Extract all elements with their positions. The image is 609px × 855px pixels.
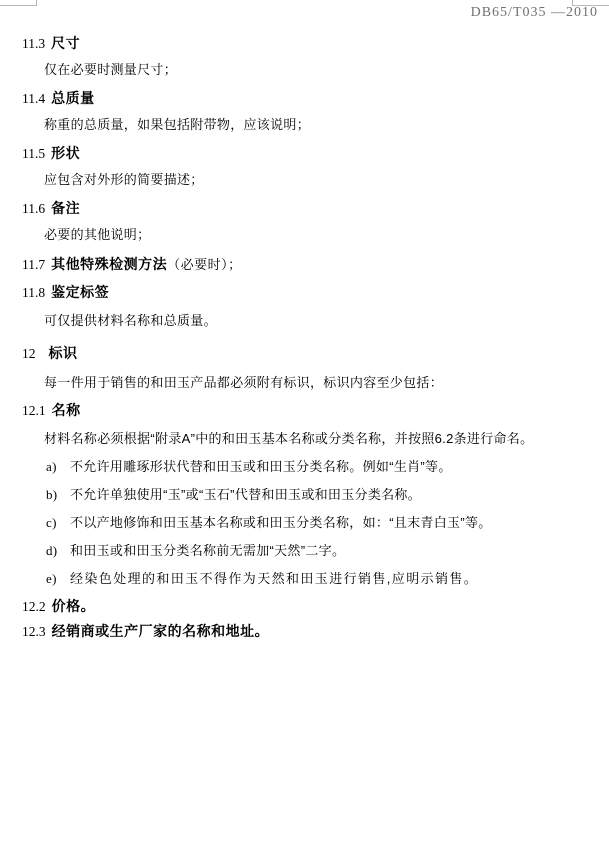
- heading-title: 总质量: [51, 90, 95, 106]
- document-page: DB65/T035 —2010 11.3尺寸 仅在必要时测量尺寸； 11.4总质…: [0, 0, 609, 855]
- heading-12: 12标识: [22, 346, 78, 361]
- heading-title: 形状: [51, 145, 80, 161]
- list-item-a: a)不允许用雕琢形状代替和田玉或和田玉分类名称。例如“生肖”等。: [46, 459, 452, 474]
- heading-title: 其他特殊检测方法: [51, 256, 167, 272]
- heading-11-5: 11.5形状: [22, 146, 80, 161]
- body-paragraph: 可仅提供材料名称和总质量。: [44, 313, 217, 328]
- heading-number: 11.5: [22, 146, 45, 161]
- heading-number: 12: [22, 346, 36, 361]
- standard-number-header: DB65/T035 —2010: [471, 5, 598, 21]
- heading-12-1: 12.1名称: [22, 403, 81, 418]
- list-marker: b): [46, 487, 70, 502]
- heading-title: 尺寸: [51, 35, 80, 51]
- body-paragraph: 每一件用于销售的和田玉产品都必须附有标识，标识内容至少包括：: [44, 375, 443, 390]
- heading-number: 11.8: [22, 285, 45, 300]
- heading-12-3: 12.3经销商或生产厂家的名称和地址。: [22, 624, 269, 639]
- heading-12-2: 12.2价格。: [22, 599, 95, 614]
- heading-number: 12.1: [22, 403, 46, 418]
- heading-number: 11.7: [22, 257, 45, 272]
- body-paragraph: 必要的其他说明；: [44, 227, 150, 242]
- heading-title: 标识: [49, 345, 78, 361]
- heading-title: 鉴定标签: [51, 284, 109, 300]
- heading-number: 11.3: [22, 36, 45, 51]
- list-item-d: d)和田玉或和田玉分类名称前无需加“天然”二字。: [46, 543, 345, 558]
- heading-number: 12.3: [22, 624, 46, 639]
- scan-corner-mark-left: [0, 0, 37, 6]
- list-item-b: b)不允许单独使用“玉”或“玉石”代替和田玉或和田玉分类名称。: [46, 487, 421, 502]
- list-text: 和田玉或和田玉分类名称前无需加“天然”二字。: [70, 543, 345, 558]
- heading-11-6: 11.6备注: [22, 201, 80, 216]
- heading-title: 经销商或生产厂家的名称和地址。: [52, 623, 270, 639]
- list-text: 经染色处理的和田玉不得作为天然和田玉进行销售,应明示销售。: [70, 571, 478, 586]
- heading-11-4: 11.4总质量: [22, 91, 95, 106]
- list-text: 不以产地修饰和田玉基本名称或和田玉分类名称，如：“且末青白玉”等。: [70, 515, 492, 530]
- heading-title: 名称: [52, 402, 81, 418]
- heading-11-7: 11.7其他特殊检测方法（必要时）；: [22, 257, 242, 272]
- list-marker: a): [46, 459, 70, 474]
- heading-number: 11.6: [22, 201, 45, 216]
- list-text: 不允许单独使用“玉”或“玉石”代替和田玉或和田玉分类名称。: [70, 487, 421, 502]
- list-text: 不允许用雕琢形状代替和田玉或和田玉分类名称。例如“生肖”等。: [70, 459, 452, 474]
- list-item-e: e)经染色处理的和田玉不得作为天然和田玉进行销售,应明示销售。: [46, 571, 478, 586]
- body-paragraph: 应包含对外形的简要描述；: [44, 172, 204, 187]
- heading-11-3: 11.3尺寸: [22, 36, 80, 51]
- list-marker: d): [46, 543, 70, 558]
- heading-title: 价格。: [52, 598, 96, 614]
- list-marker: e): [46, 571, 70, 586]
- heading-11-8: 11.8鉴定标签: [22, 285, 109, 300]
- heading-number: 12.2: [22, 599, 46, 614]
- heading-suffix: （必要时）；: [167, 257, 242, 272]
- heading-number: 11.4: [22, 91, 45, 106]
- list-item-c: c)不以产地修饰和田玉基本名称或和田玉分类名称，如：“且末青白玉”等。: [46, 515, 492, 530]
- body-paragraph: 称重的总质量，如果包括附带物，应该说明；: [44, 117, 310, 132]
- heading-title: 备注: [51, 200, 80, 216]
- body-paragraph: 材料名称必须根据“附录A”中的和田玉基本名称或分类名称，并按照6.2条进行命名。: [44, 431, 533, 446]
- body-paragraph: 仅在必要时测量尺寸；: [44, 62, 177, 77]
- list-marker: c): [46, 515, 70, 530]
